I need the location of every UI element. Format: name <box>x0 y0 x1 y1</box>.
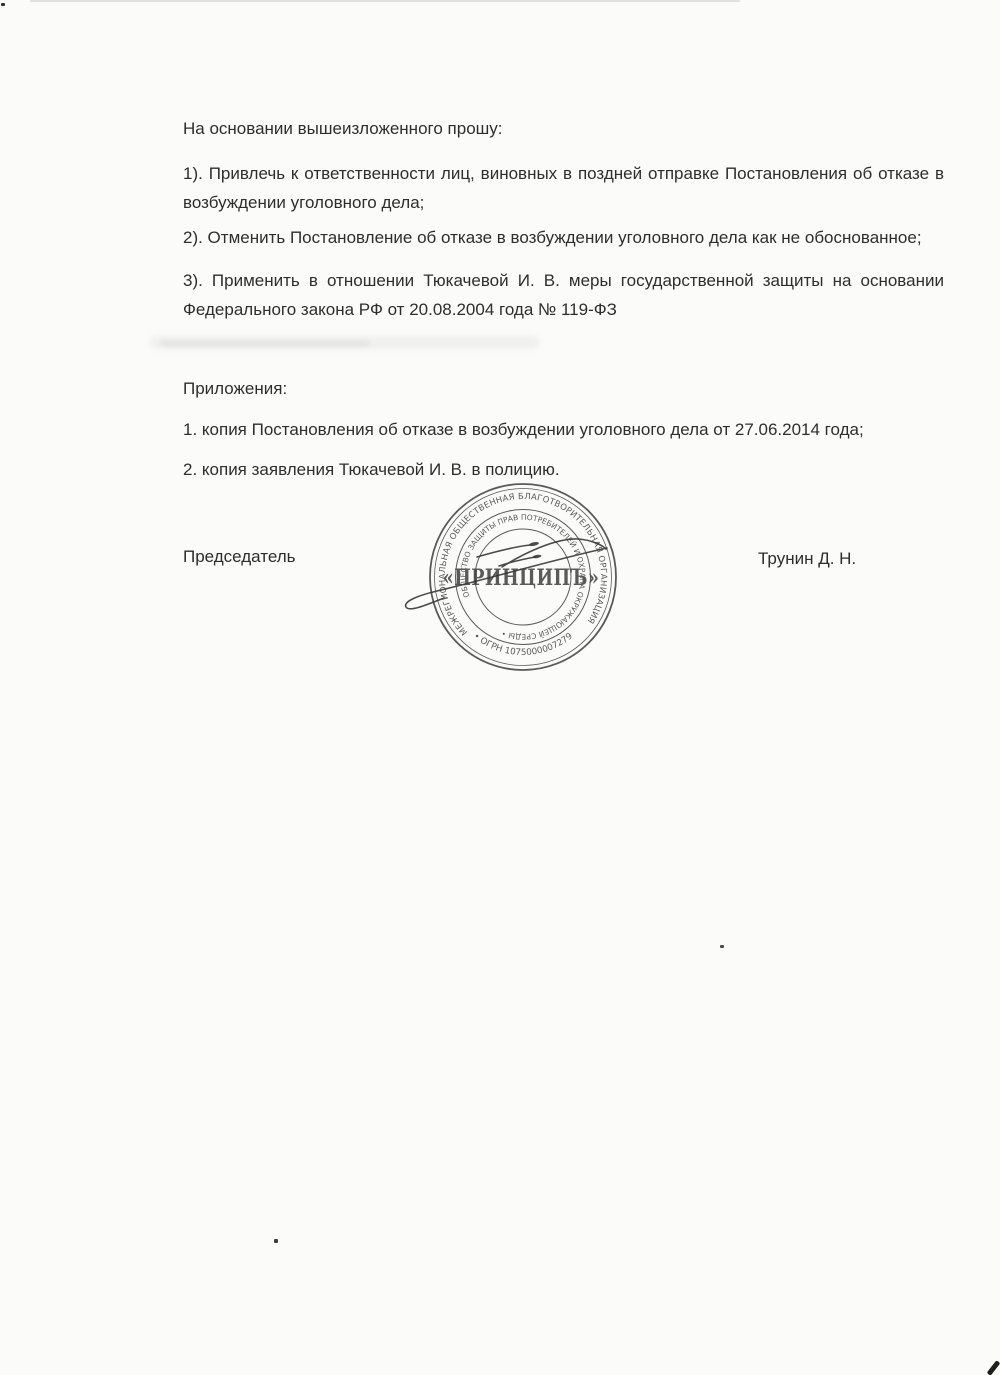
request-item-3: 3). Применить в отношении Тюкачевой И. В… <box>183 266 944 324</box>
attachment-item-1-text: 1. копия Постановления об отказе в возбу… <box>183 420 944 440</box>
request-item-1: 1). Привлечь к ответственности лиц, вино… <box>183 159 944 217</box>
scan-speck-lower <box>274 1239 278 1243</box>
attachment-item-1: 1. копия Постановления об отказе в возбу… <box>183 420 944 440</box>
scanned-document-page: На основании вышеизложенного прошу: 1). … <box>0 0 1000 1375</box>
attachments-label: Приложения: <box>183 379 944 399</box>
request-item-1-line-2: возбуждении уголовного дела; <box>183 188 944 217</box>
scan-speck-top-left <box>1 3 5 6</box>
signature-role-label: Председатель <box>183 547 296 567</box>
signature-name-label: Трунин Д. Н. <box>758 549 856 569</box>
request-intro: На основании вышеизложенного прошу: <box>183 119 944 139</box>
request-item-2-line-1: 2). Отменить Постановление об отказе в в… <box>183 228 944 248</box>
request-item-2: 2). Отменить Постановление об отказе в в… <box>183 228 944 248</box>
stamp-center-name: «ПРИНЦИПЪ» <box>443 564 599 591</box>
scan-bleedthrough-smudge-2 <box>160 340 370 347</box>
request-item-3-line-1: 3). Применить в отношении Тюкачевой И. В… <box>183 266 944 295</box>
request-item-1-line-1: 1). Привлечь к ответственности лиц, вино… <box>183 159 944 188</box>
scan-speck-middle <box>720 945 724 948</box>
organization-stamp: МЕЖРЕГИОНАЛЬНАЯ ОБЩЕСТВЕННАЯ БЛАГОТВОРИТ… <box>390 470 630 690</box>
scan-corner-mark <box>987 1360 1000 1375</box>
request-item-3-line-2: Федерального закона РФ от 20.08.2004 год… <box>183 295 944 324</box>
scan-top-edge-shadow <box>30 0 740 2</box>
